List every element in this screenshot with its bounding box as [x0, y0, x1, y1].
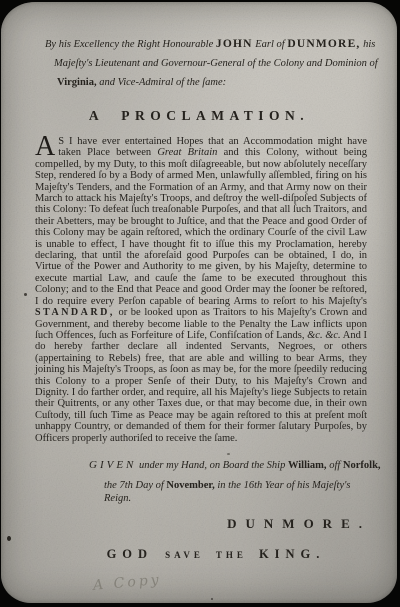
given-line1a: under my Hand, on Board the Ship [136, 460, 288, 471]
drop-cap: A [35, 136, 58, 157]
dateline-line-3: Reign. [104, 493, 387, 506]
document-scan: By his Excellency the Right Honourable J… [0, 0, 400, 607]
ship-name: William, [288, 460, 327, 471]
proclamation-title: A PROCLAMATION. [1, 108, 397, 124]
header-line-3-rest: and Vice-Admiral of the ſame: [97, 77, 227, 88]
body-standard: STANDARD, [35, 307, 115, 318]
header-suffix: his [361, 39, 376, 50]
proclamation-body: AS I have ever entertained Hopes that an… [35, 136, 367, 444]
dateline-line-1: GIVEN under my Hand, on Board the Ship W… [89, 459, 387, 473]
ink-speck [24, 293, 27, 296]
given-line1b: off [327, 460, 343, 471]
body-etcetera: &c. &c. [307, 330, 341, 341]
given-word: GIVEN [89, 459, 136, 471]
header-mid: Earl of [253, 39, 288, 50]
header-line-3: Virginia, and Vice-Admiral of the ſame: [57, 73, 391, 92]
month-name: November, [166, 480, 214, 491]
motto-king: KING. [259, 547, 325, 561]
motto: GODSAVETHEKING. [1, 545, 397, 563]
place-name: Norfolk, [343, 460, 381, 471]
given-line2a: the 7th Day of [104, 480, 166, 491]
virginia-label: Virginia, [57, 77, 97, 88]
header-line-2: Majeſty's Lieutenant and Governour-Gener… [54, 54, 391, 73]
header-prefix: By his Excellency the Right Honourable [45, 39, 216, 50]
dateline-line-2: the 7th Day of November, in the 16th Yea… [104, 480, 387, 493]
dateline: GIVEN under my Hand, on Board the Ship W… [89, 459, 387, 506]
motto-save: SAVE [165, 550, 204, 560]
handwritten-note: A Copy [93, 569, 204, 595]
body-great-britain: Great Britain [157, 147, 217, 158]
body-segment-4: And I do hereby farther declare all inde… [35, 330, 367, 444]
proclamation-header: By his Excellency the Right Honourable J… [45, 35, 391, 92]
motto-god: GOD [107, 547, 153, 561]
ink-speck [211, 598, 213, 600]
header-line-1: By his Excellency the Right Honourable J… [45, 35, 391, 54]
motto-the: THE [216, 550, 247, 560]
name-dunmore: DUNMORE, [287, 38, 360, 50]
paper: By his Excellency the Right Honourable J… [1, 2, 397, 603]
body-segment-2: and this Colony, without being compelled… [35, 147, 367, 306]
given-line2b: in the 16th Year of his Majeſty's [215, 480, 351, 491]
signature: DUNMORE. [1, 516, 397, 532]
ink-speck [7, 536, 11, 541]
name-john: JOHN [216, 38, 253, 50]
ink-speck [227, 453, 230, 455]
